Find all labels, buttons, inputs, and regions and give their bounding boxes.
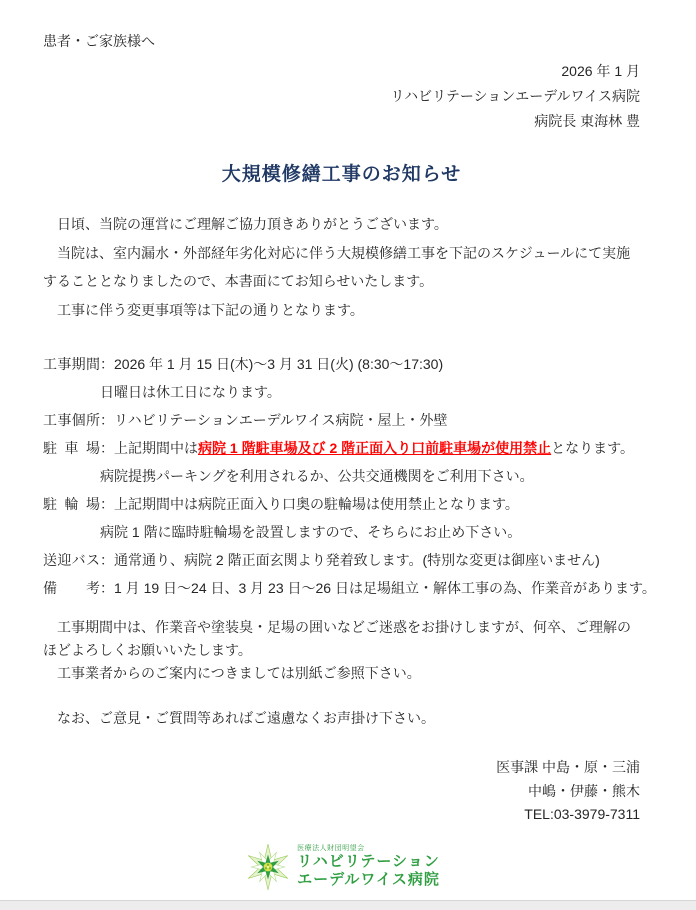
row-content-pre: 上記期間中は (114, 440, 198, 456)
note-paragraph: なお、ご意見・ご質問等あればご遠慮なくお声掛け下さい。 (43, 707, 640, 730)
page-bottom-strip (0, 900, 696, 910)
row-colon: ： (100, 574, 114, 602)
contact-dept: 医事課 中島・原・三浦 (43, 756, 640, 780)
row-content: 上記期間中は病院 1 階駐車場及び 2 階正面入り口前駐車場が使用禁止となります… (114, 440, 634, 456)
schedule-row-parking-note: 病院提携パーキングを利用されるか、公共交通機関をご利用下さい。 (43, 462, 640, 490)
issuer-director-name: 病院長 東海林 豊 (43, 109, 640, 134)
page-title: 大規模修繕工事のお知らせ (43, 159, 640, 186)
schedule-row-bicycle-note: 病院 1 階に臨時駐輪場を設置しますので、そちらにお止め下さい。 (43, 518, 640, 546)
schedule-row-period-note: 日曜日は休工日になります。 (43, 378, 640, 406)
schedule-row-location: 工事個所：リハビリテーションエーデルワイス病院・屋上・外壁 (43, 406, 640, 434)
row-content-post: となります。 (551, 440, 634, 456)
row-content: 上記期間中は病院正面入り口奥の駐輪場は使用禁止となります。 (114, 496, 519, 512)
row-label: 送迎バス (43, 546, 100, 574)
row-content: 日曜日は休工日になります。 (100, 384, 281, 400)
row-content: 2026 年 1 月 15 日(木)～3 月 31 日(火) (8:30～17:… (114, 356, 443, 372)
hospital-logo: 医療法人財団明望会 リハビリテーション エーデルワイス病院 (43, 842, 640, 892)
logo-foundation-name: 医療法人財団明望会 (297, 844, 440, 853)
note-section: なお、ご意見・ご質問等あればご遠慮なくお声掛け下さい。 (43, 707, 640, 730)
edelweiss-flower-icon (243, 842, 293, 892)
schedule-row-shuttle-bus: 送迎バス：通常通り、病院 2 階正面玄関より発着致します。(特別な変更は御座いま… (43, 546, 640, 574)
row-content: 病院 1 階に臨時駐輪場を設置しますので、そちらにお止め下さい。 (100, 524, 521, 540)
intro-paragraph: 工事に伴う変更事項等は下記の通りとなります。 (43, 296, 640, 325)
schedule-section: 工事期間：2026 年 1 月 15 日(木)～3 月 31 日(火) (8:3… (43, 350, 640, 602)
intro-paragraph: 当院は、室内漏水・外部経年劣化対応に伴う大規模修繕工事を下記のスケジュールにて実… (43, 239, 640, 296)
row-content: 通常通り、病院 2 階正面玄関より発着致します。(特別な変更は御座いません) (114, 552, 600, 568)
row-colon: ： (100, 434, 114, 462)
parking-ban-alert-text: 病院 1 階駐車場及び 2 階正面入り口前駐車場が使用禁止 (198, 440, 551, 456)
logo-hospital-name-line2: エーデルワイス病院 (297, 871, 440, 889)
row-label: 駐輪場 (43, 490, 100, 518)
row-content: 病院提携パーキングを利用されるか、公共交通機関をご利用下さい。 (100, 468, 534, 484)
schedule-row-parking: 駐車場：上記期間中は病院 1 階駐車場及び 2 階正面入り口前駐車場が使用禁止と… (43, 434, 640, 462)
issuer-hospital-name: リハビリテーションエーデルワイス病院 (43, 84, 640, 109)
closing-paragraph: 工事業者からのご案内につきましては別紙ご参照下さい。 (43, 662, 640, 685)
logo-text: 医療法人財団明望会 リハビリテーション エーデルワイス病院 (297, 844, 440, 889)
closing-paragraph: 工事期間中は、作業音や塗装臭・足場の囲いなどご迷惑をお掛けしますが、何卒、ご理解… (43, 616, 640, 662)
schedule-row-period: 工事期間：2026 年 1 月 15 日(木)～3 月 31 日(火) (8:3… (43, 350, 640, 378)
row-colon: ： (100, 406, 114, 434)
row-label: 備考 (43, 574, 100, 602)
row-content: リハビリテーションエーデルワイス病院・屋上・外壁 (114, 412, 447, 428)
row-colon: ： (100, 490, 114, 518)
closing-section: 工事期間中は、作業音や塗装臭・足場の囲いなどご迷惑をお掛けしますが、何卒、ご理解… (43, 616, 640, 685)
row-content: 1 月 19 日～24 日、3 月 23 日～26 日は足場組立・解体工事の為、… (114, 580, 656, 596)
issue-date: 2026 年 1 月 (43, 59, 640, 84)
schedule-row-bicycle: 駐輪場：上記期間中は病院正面入り口奥の駐輪場は使用禁止となります。 (43, 490, 640, 518)
schedule-row-remarks: 備考：1 月 19 日～24 日、3 月 23 日～26 日は足場組立・解体工事… (43, 574, 640, 602)
logo-hospital-name-line1: リハビリテーション (297, 853, 440, 871)
contact-tel: TEL:03-3979-7311 (43, 803, 640, 827)
issuer-block: 2026 年 1 月 リハビリテーションエーデルワイス病院 病院長 東海林 豊 (43, 59, 640, 134)
recipient-line: 患者・ご家族様へ (43, 31, 640, 51)
intro-paragraph: 日頃、当院の運営にご理解ご協力頂きありがとうございます。 (43, 210, 640, 239)
notice-document: 患者・ご家族様へ 2026 年 1 月 リハビリテーションエーデルワイス病院 病… (0, 0, 696, 892)
intro-section: 日頃、当院の運営にご理解ご協力頂きありがとうございます。 当院は、室内漏水・外部… (43, 210, 640, 324)
row-label: 工事期間 (43, 350, 100, 378)
row-colon: ： (100, 350, 114, 378)
row-label: 駐車場 (43, 434, 100, 462)
contact-block: 医事課 中島・原・三浦 中嶋・伊藤・熊木 TEL:03-3979-7311 (43, 756, 640, 827)
row-label: 工事個所 (43, 406, 100, 434)
row-colon: ： (100, 546, 114, 574)
contact-names: 中嶋・伊藤・熊木 (43, 780, 640, 804)
